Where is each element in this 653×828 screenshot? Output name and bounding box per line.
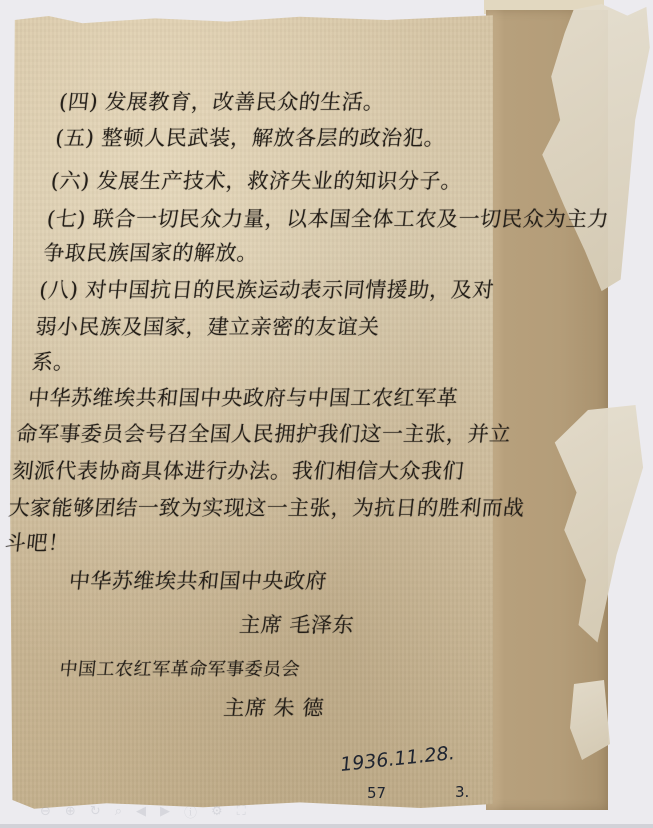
body-line: 命军事委员会号召全国人民拥护我们这一主张，并立 <box>15 418 513 448</box>
fullscreen-icon[interactable]: ⛶ <box>237 804 246 819</box>
body-line: (五) 整顿人民武装，解放各层的政治犯。 <box>54 122 447 152</box>
body-line: 争取民族国家的解放。 <box>42 237 260 267</box>
body-line: (四) 发展教育，改善民众的生活。 <box>58 86 387 116</box>
zoom-out-icon[interactable]: ⊖ <box>40 804 51 819</box>
body-line: (八) 对中国抗日的民族运动表示同情援助，及对 <box>38 274 496 304</box>
body-line: (七) 联合一切民众力量，以本国全体工农及一切民众为主力 <box>46 203 611 233</box>
body-line: 系。 <box>30 346 76 376</box>
bottom-border <box>0 824 653 828</box>
body-line: (六) 发展生产技术，救济失业的知识分子。 <box>50 165 465 195</box>
body-line: 斗吧！ <box>3 527 71 557</box>
body-line: 刻派代表协商具体进行办法。我们相信大众我们 <box>11 455 466 485</box>
signature-org-government: 中华苏维埃共和国中央政府 <box>67 565 328 595</box>
rotate-icon[interactable]: ↻ <box>90 804 101 819</box>
body-line: 中华苏维埃共和国中央政府与中国工农红军革 <box>27 382 460 412</box>
page-number: 3. <box>455 783 469 801</box>
signature-mao-zedong: 主席 毛泽东 <box>238 609 356 639</box>
info-icon[interactable]: ⓘ <box>184 802 197 821</box>
signature-zhu-de: 主席 朱 德 <box>222 692 326 722</box>
viewer-toolbar: ⊖ ⊕ ↻ ⌕ ◀ ▶ ⓘ ⚙ ⛶ <box>40 800 520 822</box>
search-icon[interactable]: ⌕ <box>115 804 122 819</box>
body-line: 大家能够团结一致为实现这一主张，为抗日的胜利而战 <box>7 492 526 522</box>
document-scan: (四) 发展教育，改善民众的生活。 (五) 整顿人民武装，解放各层的政治犯。 (… <box>0 0 653 828</box>
settings-icon[interactable]: ⚙ <box>211 804 223 819</box>
zoom-in-icon[interactable]: ⊕ <box>65 804 76 819</box>
prev-arrow-icon[interactable]: ◀ <box>136 804 146 819</box>
signature-org-military: 中国工农红军革命军事委员会 <box>58 655 301 681</box>
next-arrow-icon[interactable]: ▶ <box>160 804 170 819</box>
body-line: 弱小民族及国家，建立亲密的友谊关 <box>34 311 381 341</box>
